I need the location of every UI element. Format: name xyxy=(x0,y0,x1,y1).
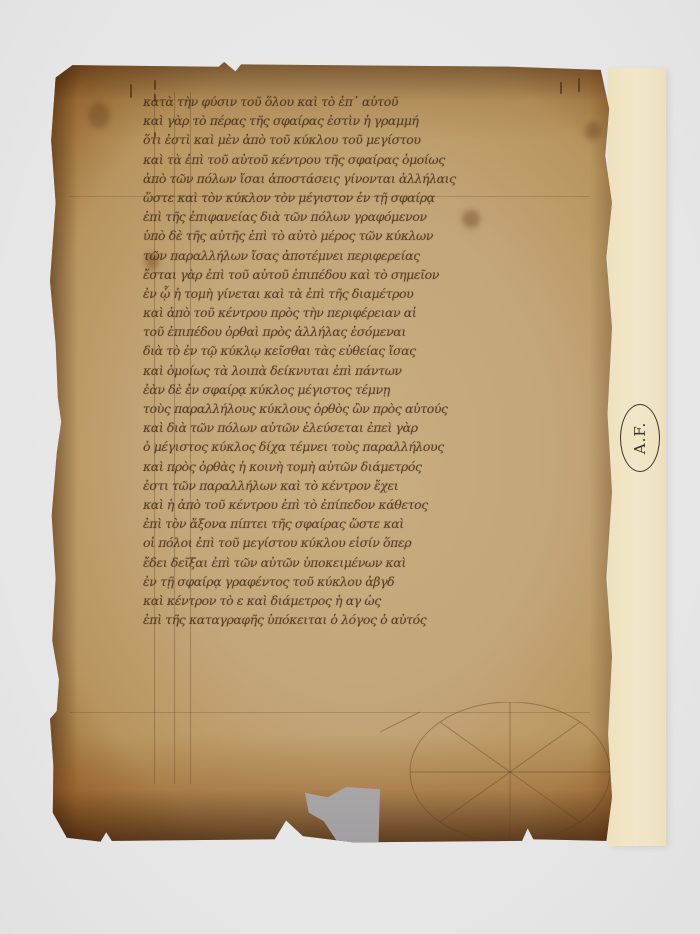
text-line: ἐὰν δὲ ἐν σφαίρᾳ κύκλος μέγιστος τέμνῃ xyxy=(143,380,555,399)
text-line: ὑπὸ δὲ τῆς αὐτῆς ἐπὶ τὸ αὐτὸ μέρος τῶν κ… xyxy=(143,226,555,245)
stain xyxy=(88,102,110,128)
text-line: καὶ κέντρον τὸ ε καὶ διάμετρος ἡ αγ ὡς xyxy=(143,591,555,610)
text-line: καὶ πρὸς ὀρθὰς ἡ κοινὴ τομὴ αὐτῶν διάμετ… xyxy=(143,457,555,476)
repair-patch xyxy=(305,787,380,844)
mount-label-stamp: A.F. xyxy=(620,404,660,472)
text-line: ὁ μέγιστος κύκλος δίχα τέμνει τοὺς παραλ… xyxy=(143,437,555,456)
text-line: ὅτι ἐστὶ καὶ μὲν ἀπὸ τοῦ κύκλου τοῦ μεγί… xyxy=(143,130,555,149)
text-line: καὶ διὰ τῶν πόλων αὐτῶν ἐλεύσεται ἐπεὶ γ… xyxy=(143,418,555,437)
text-line: οἱ πόλοι ἐπὶ τοῦ μεγίστου κύκλου εἰσίν ὅ… xyxy=(143,533,555,552)
text-line: ἐν τῇ σφαίρᾳ γραφέντος τοῦ κύκλου ἀβγδ xyxy=(143,572,555,591)
stain xyxy=(585,122,601,140)
text-line: ὥστε καὶ τὸν κύκλον τὸν μέγιστον ἐν τῇ σ… xyxy=(143,188,555,207)
mount-label-text: A.F. xyxy=(631,422,649,454)
geometric-diagram xyxy=(380,702,610,852)
text-line: κατὰ τὴν φύσιν τοῦ ὅλου καὶ τὸ ἐπ᾿ αὐτοῦ xyxy=(143,92,555,111)
text-line: ἐστι τῶν παραλλήλων καὶ τὸ κέντρον ἔχει xyxy=(143,476,555,495)
margin-mark xyxy=(578,78,580,92)
margin-mark xyxy=(130,84,132,98)
text-line: τῶν παραλλήλων ἴσας ἀποτέμνει περιφερεία… xyxy=(143,246,555,265)
text-line: ἔσται γὰρ ἐπὶ τοῦ αὐτοῦ ἐπιπέδου καὶ τὸ … xyxy=(143,265,555,284)
text-line: τοὺς παραλλήλους κύκλους ὀρθὸς ὢν πρὸς α… xyxy=(143,399,555,418)
text-line: καὶ γὰρ τὸ πέρας τῆς σφαίρας ἐστὶν ἡ γρα… xyxy=(143,111,555,130)
text-line: ἔδει δεῖξαι ἐπὶ τῶν αὐτῶν ὑποκειμένων κα… xyxy=(143,553,555,572)
text-line: καὶ ἡ ἀπὸ τοῦ κέντρου ἐπὶ τὸ ἐπίπεδον κά… xyxy=(143,495,555,514)
text-line: καὶ ὁμοίως τὰ λοιπὰ δείκνυται ἐπὶ πάντων xyxy=(143,361,555,380)
margin-mark xyxy=(154,80,156,90)
text-line: ἐν ᾧ ἡ τομὴ γίνεται καὶ τὰ ἐπὶ τῆς διαμέ… xyxy=(143,284,555,303)
text-line: ἐπὶ τῆς ἐπιφανείας διὰ τῶν πόλων γραφόμε… xyxy=(143,207,555,226)
text-line: ἐπὶ τὸν ἄξονα πίπτει τῆς σφαίρας ὥστε κα… xyxy=(143,514,555,533)
text-line: ἐπὶ τῆς καταγραφῆς ὑπόκειται ὁ λόγος ὁ α… xyxy=(143,610,555,629)
text-line: καὶ τὰ ἐπὶ τοῦ αὐτοῦ κέντρου τῆς σφαίρας… xyxy=(143,150,555,169)
margin-mark xyxy=(560,82,562,94)
manuscript-text-block: κατὰ τὴν φύσιν τοῦ ὅλου καὶ τὸ ἐπ᾿ αὐτοῦ… xyxy=(143,92,555,629)
text-line: τοῦ ἐπιπέδου ὀρθαὶ πρὸς ἀλλήλας ἐσόμεναι xyxy=(143,322,555,341)
text-line: διὰ τὸ ἐν τῷ κύκλῳ κεῖσθαι τὰς εὐθείας ἴ… xyxy=(143,341,555,360)
text-line: καὶ ἀπὸ τοῦ κέντρου πρὸς τὴν περιφέρειαν… xyxy=(143,303,555,322)
photo-scene: A.F. xyxy=(0,0,700,934)
text-line: ἀπὸ τῶν πόλων ἴσαι ἀποστάσεις γίνονται ἀ… xyxy=(143,169,555,188)
